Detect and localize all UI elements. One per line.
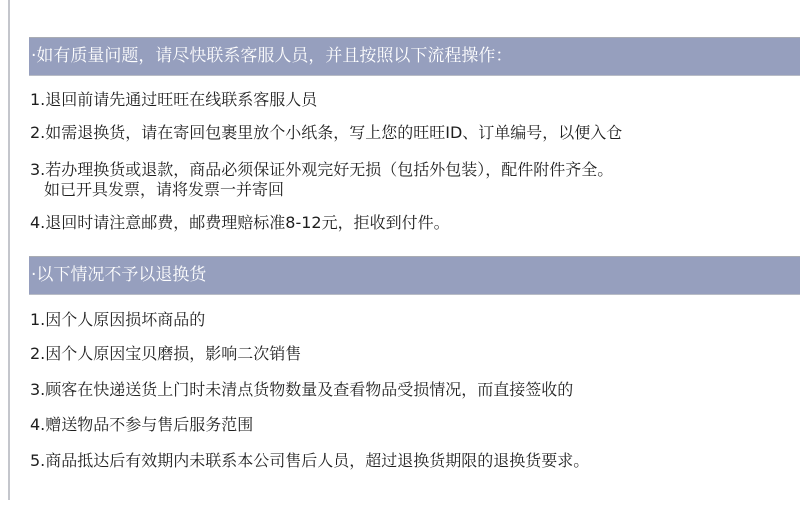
list-item: 2.如需退换货，请在寄回包裹里放个小纸条，写上您的旺旺ID、订单编号，以便入仓 xyxy=(30,123,622,143)
left-border-rule xyxy=(8,0,10,500)
section-header-quality-issues: ·如有质量问题，请尽快联系客服人员，并且按照以下流程操作： xyxy=(29,37,800,76)
list-item-text: 2.如需退换货，请在寄回包裹里放个小纸条，写上您的旺旺ID、订单编号，以便入仓 xyxy=(30,123,622,142)
list-item-text: 3.若办理换货或退款，商品必须保证外观完好无损（包括外包装），配件附件齐全。 xyxy=(30,160,613,179)
list-item-text: 4.赠送物品不参与售后服务范围 xyxy=(30,415,253,434)
list-item-continuation: 如已开具发票，请将发票一并寄回 xyxy=(30,180,613,200)
list-item: 1.退回前请先通过旺旺在线联系客服人员 xyxy=(30,90,317,110)
list-item: 2.因个人原因宝贝磨损，影响二次销售 xyxy=(30,344,301,364)
list-item: 4.赠送物品不参与售后服务范围 xyxy=(30,415,253,435)
list-item: 4.退回时请注意邮费，邮费理赔标准8-12元，拒收到付件。 xyxy=(30,213,450,233)
list-item-text: 2.因个人原因宝贝磨损，影响二次销售 xyxy=(30,344,301,363)
list-item: 5.商品抵达后有效期内未联系本公司售后人员，超过退换货期限的退换货要求。 xyxy=(30,451,589,471)
list-item-text: 4.退回时请注意邮费，邮费理赔标准8-12元，拒收到付件。 xyxy=(30,213,450,232)
list-item: 1.因个人原因损坏商品的 xyxy=(30,310,205,330)
list-item-text: 1.退回前请先通过旺旺在线联系客服人员 xyxy=(30,90,317,109)
section-header-no-returns: ·以下情况不予以退换货 xyxy=(29,256,800,295)
list-item-text: 3.顾客在快递送货上门时未清点货物数量及查看物品受损情况，而直接签收的 xyxy=(30,380,573,399)
list-item: 3.若办理换货或退款，商品必须保证外观完好无损（包括外包装），配件附件齐全。 如… xyxy=(30,160,613,200)
list-item-text: 1.因个人原因损坏商品的 xyxy=(30,310,205,329)
list-item: 3.顾客在快递送货上门时未清点货物数量及查看物品受损情况，而直接签收的 xyxy=(30,380,573,400)
list-item-text: 5.商品抵达后有效期内未联系本公司售后人员，超过退换货期限的退换货要求。 xyxy=(30,451,589,470)
